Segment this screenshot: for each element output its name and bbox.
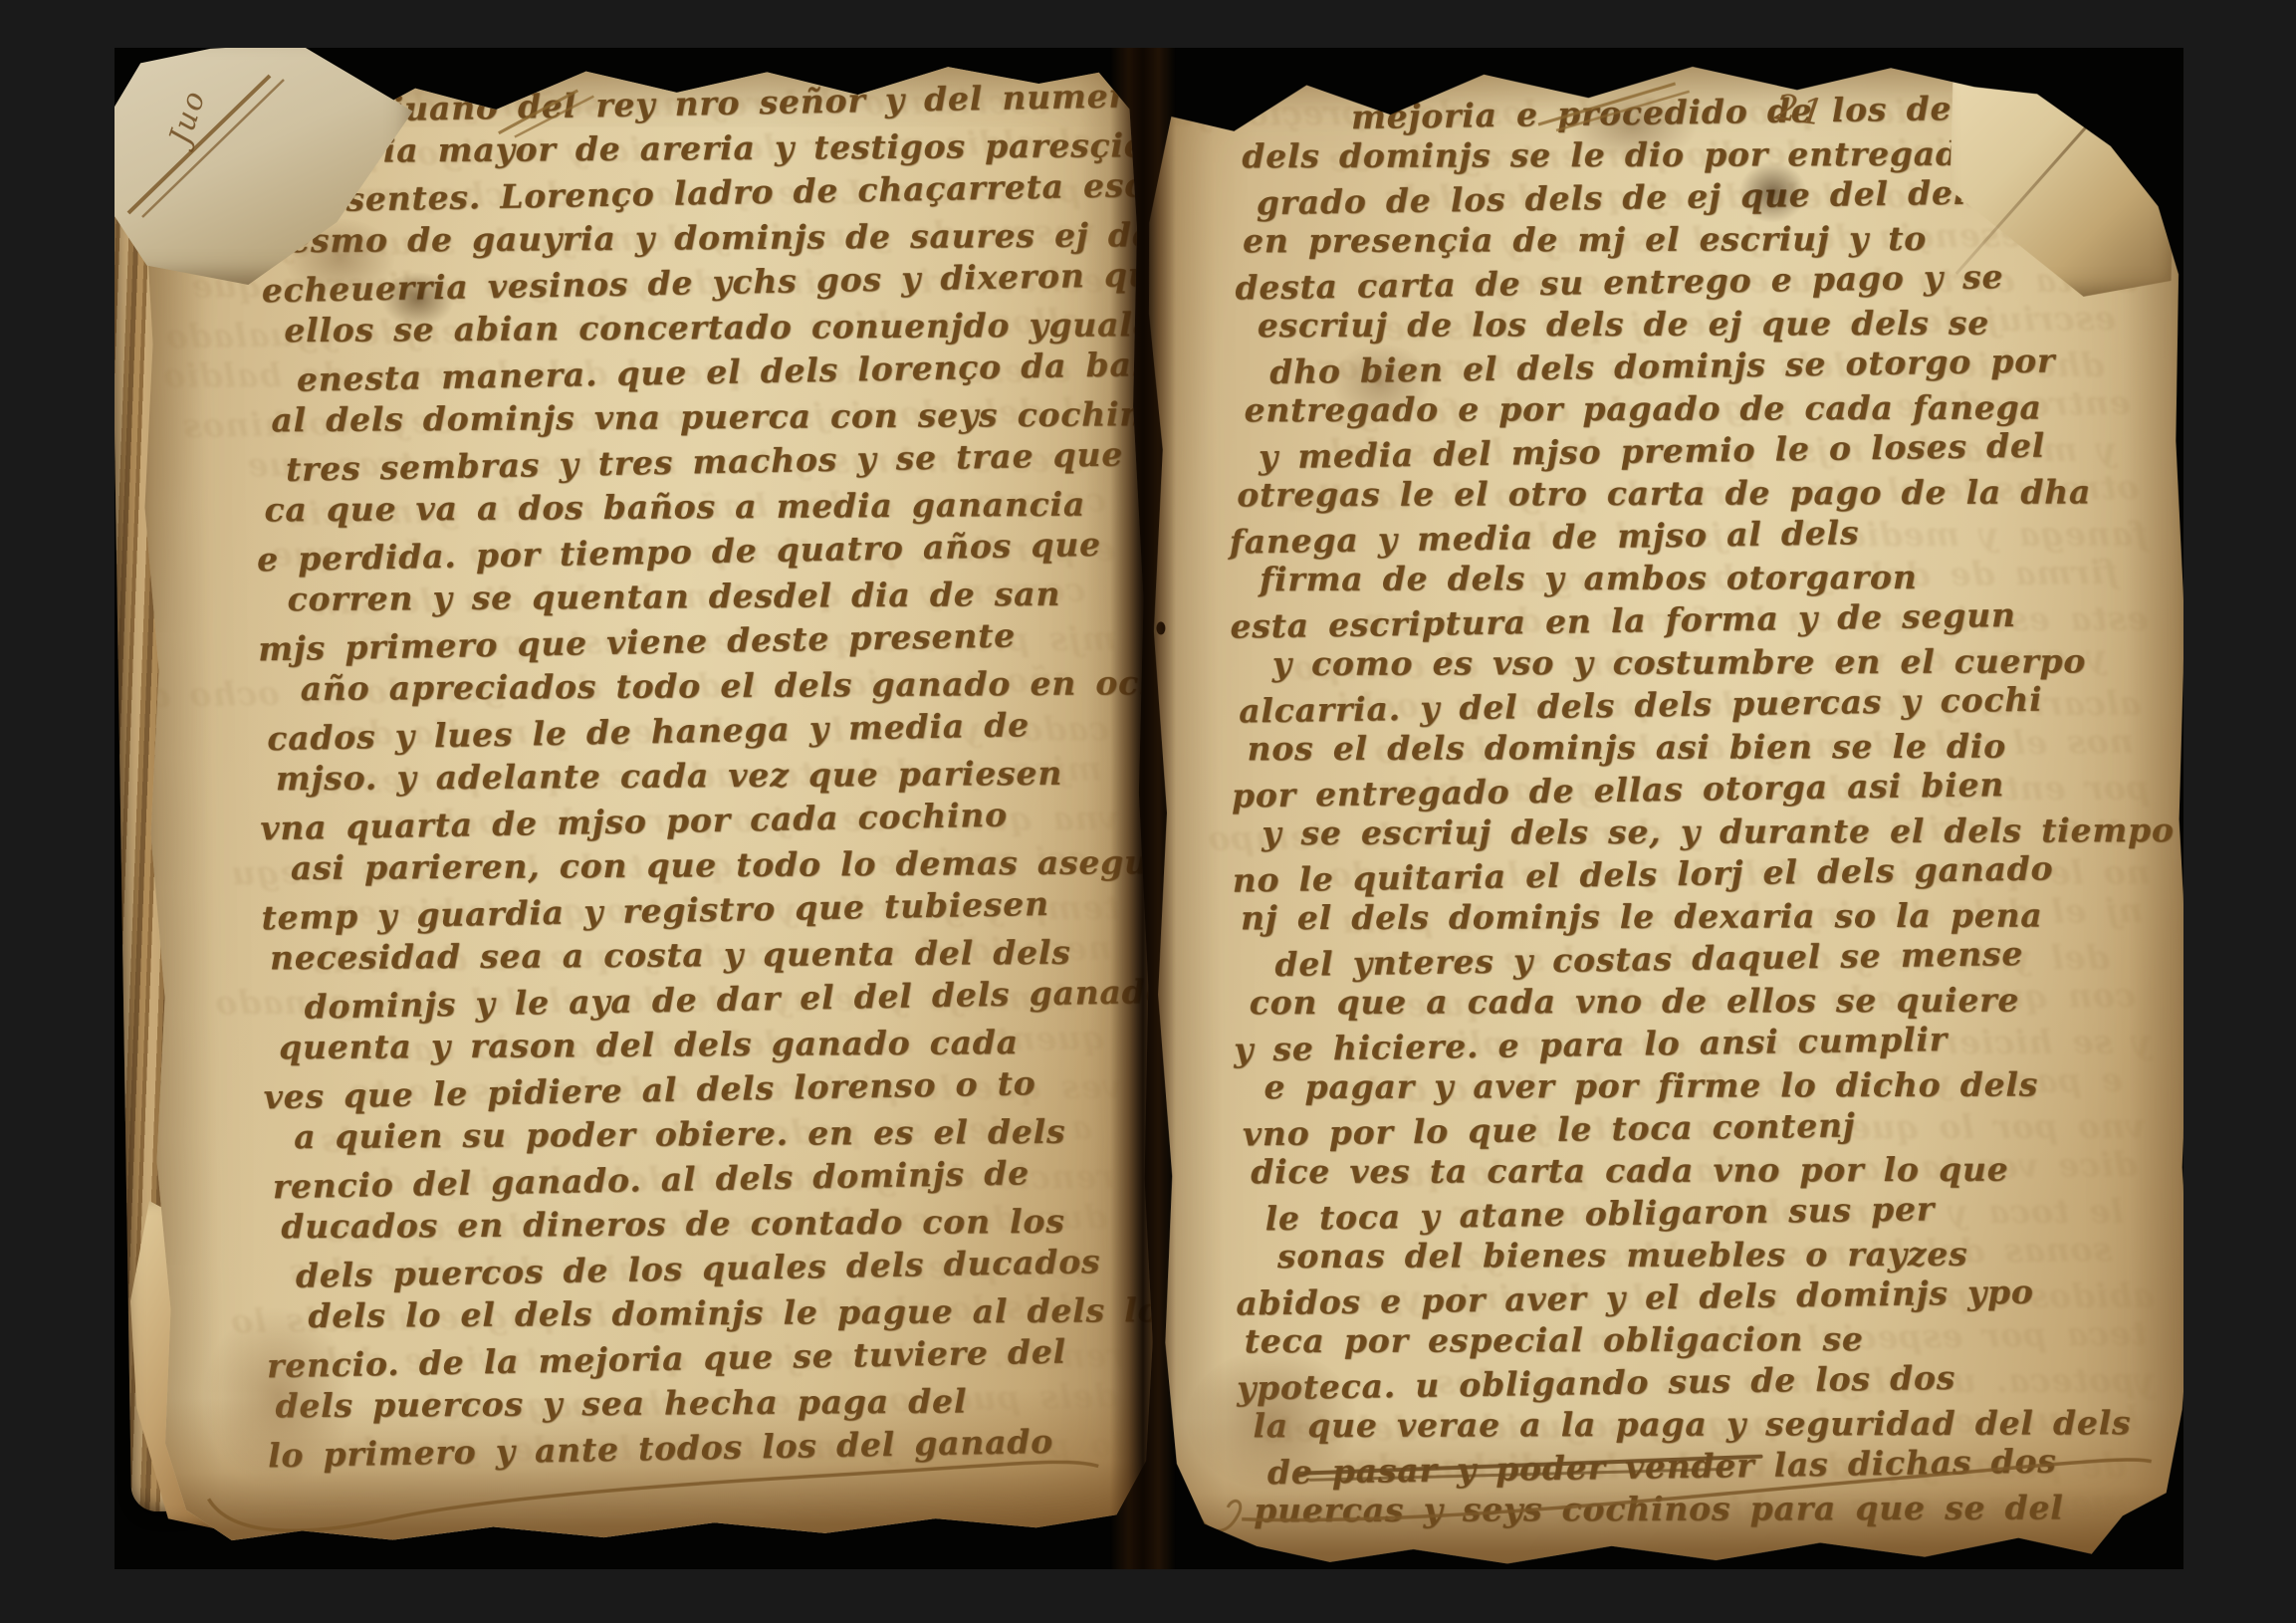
manuscript-line: le toca y atane obligaron sus per <box>1264 1185 2154 1241</box>
manuscript-line: de pasar y poder vender las dichas dos <box>1267 1439 2157 1495</box>
manuscript-line: alcarria. y del dels dels puercas y coch… <box>1239 677 2150 733</box>
manuscript-photo: escriuano del rey nro señor y del numero… <box>115 48 2183 1569</box>
left-page: escriuano del rey nro señor y del numero… <box>133 50 1157 1547</box>
right-page-text: mejoria e procedido de los dels preçios … <box>1226 88 2157 1534</box>
manuscript-line: dho bien el dels dominjs se otorgo por <box>1269 339 2147 394</box>
corner-pen-stroke <box>120 70 316 219</box>
photo-frame: escriuano del rey nro señor y del numero… <box>0 0 2296 1623</box>
right-page: mejoria e procedido de los dels preçios … <box>1139 48 2183 1569</box>
worm-hole-dot <box>1156 621 1165 634</box>
left-page-text: escriuano del rey nro señor y del numero… <box>251 76 1126 1475</box>
manuscript-line: puercas y seys cochinos para que se del <box>1254 1487 2156 1532</box>
manuscript-line: del ynteres y costas daquel se mense <box>1274 931 2152 987</box>
manuscript-line: vno por lo que le toca contenj <box>1243 1100 2154 1156</box>
manuscript-line: y media del mjso premio le o loses del <box>1259 423 2148 479</box>
page-number: 21 <box>1772 88 1829 134</box>
margin-note: Juo <box>163 86 213 149</box>
